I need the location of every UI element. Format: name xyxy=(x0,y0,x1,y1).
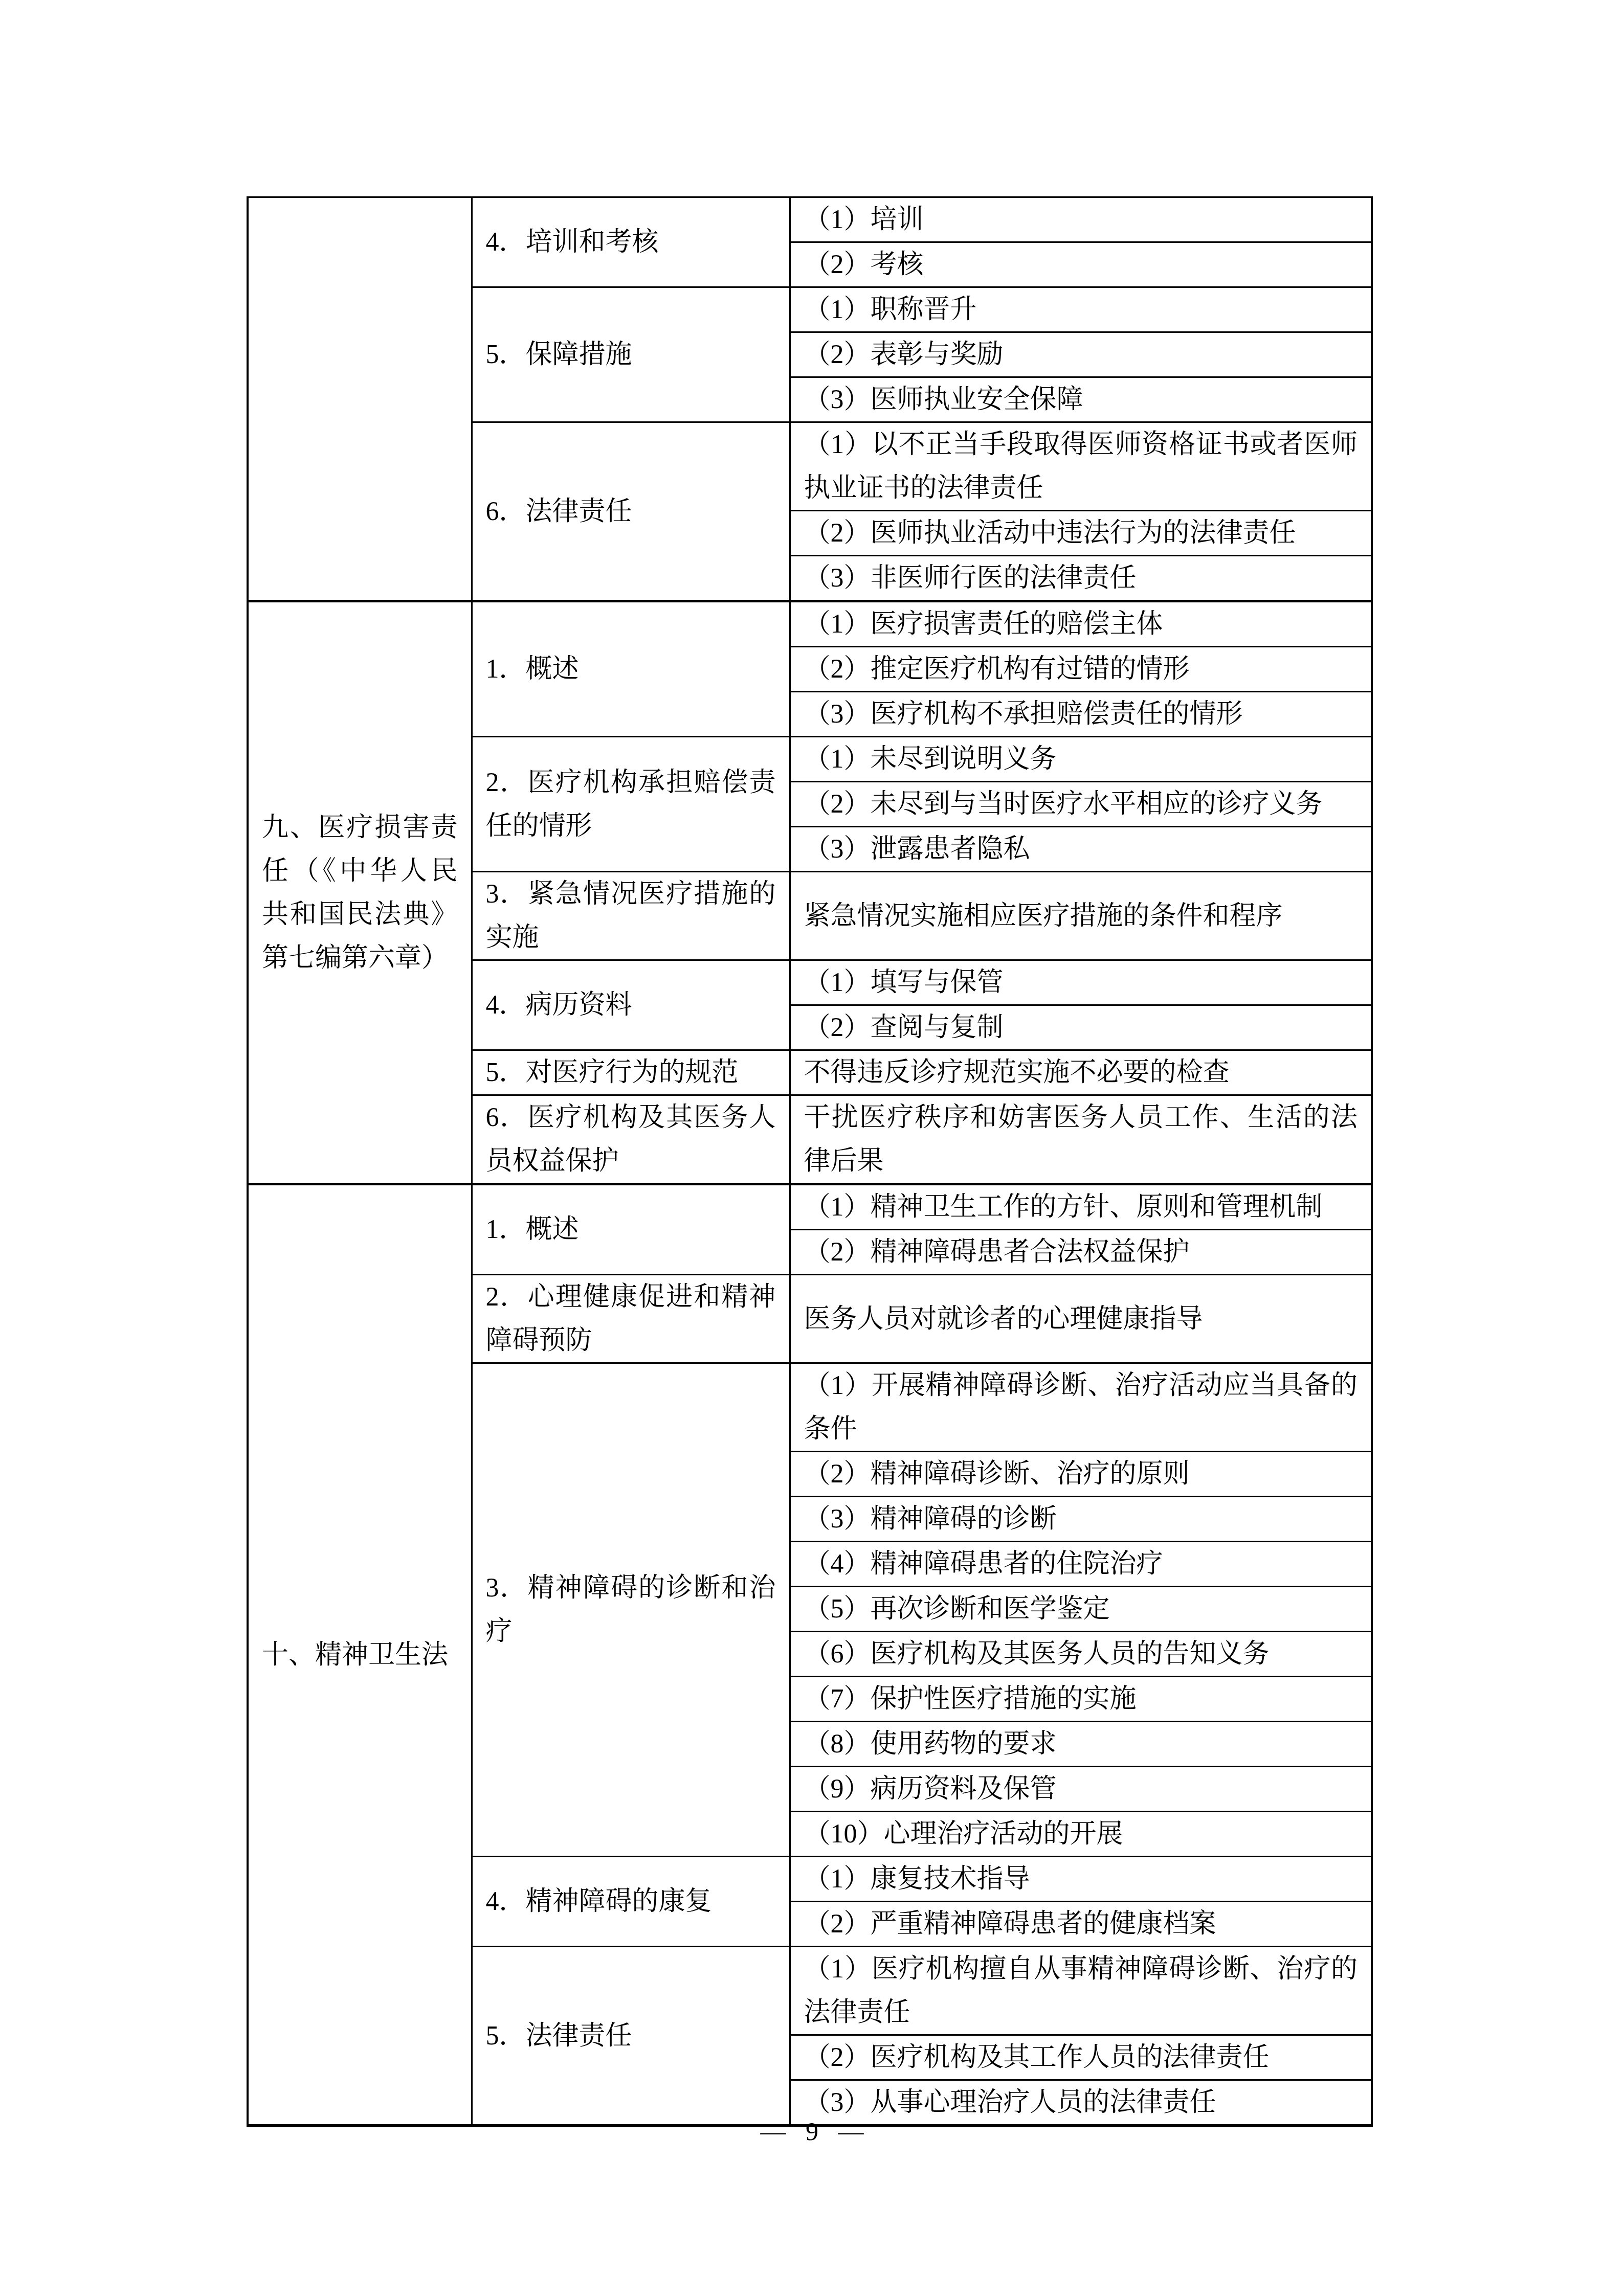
subitem-cell: （2）推定医疗机构有过错的情形 xyxy=(790,647,1372,692)
subitem-cell: （1）职称晋升 xyxy=(790,287,1372,332)
subitem-cell: （3）非医师行医的法律责任 xyxy=(790,556,1372,601)
subitem-cell: （3）医师执业安全保障 xyxy=(790,377,1372,422)
subitem-cell: （1）开展精神障碍诊断、治疗活动应当具备的条件 xyxy=(790,1363,1372,1452)
item-cell: 4．精神障碍的康复 xyxy=(472,1857,790,1947)
subitem-cell: （2）医师执业活动中违法行为的法律责任 xyxy=(790,511,1372,556)
item-cell: 5．保障措施 xyxy=(472,287,790,422)
subitem-cell: （2）未尽到与当时医疗水平相应的诊疗义务 xyxy=(790,782,1372,827)
subitem-cell: （1）填写与保管 xyxy=(790,960,1372,1005)
section-cell-9: 九、医疗损害责任（《中华人民共和国民法典》第七编第六章） xyxy=(248,601,472,1184)
subitem-cell: 干扰医疗秩序和妨害医务人员工作、生活的法律后果 xyxy=(790,1095,1372,1184)
section-cell-continued xyxy=(248,197,472,601)
subitem-cell: （7）保护性医疗措施的实施 xyxy=(790,1677,1372,1722)
subitem-cell: （4）精神障碍患者的住院治疗 xyxy=(790,1542,1372,1587)
subitem-cell: （1）医疗机构擅自从事精神障碍诊断、治疗的法律责任 xyxy=(790,1947,1372,2035)
subitem-cell: （8）使用药物的要求 xyxy=(790,1722,1372,1767)
item-cell: 2．医疗机构承担赔偿责任的情形 xyxy=(472,737,790,872)
subitem-cell: （2）精神障碍患者合法权益保护 xyxy=(790,1230,1372,1275)
item-cell: 1．概述 xyxy=(472,601,790,737)
subitem-cell: （5）再次诊断和医学鉴定 xyxy=(790,1587,1372,1632)
subitem-cell: （2）精神障碍诊断、治疗的原则 xyxy=(790,1452,1372,1497)
item-cell: 6．医疗机构及其医务人员权益保护 xyxy=(472,1095,790,1184)
subitem-cell: （3）泄露患者隐私 xyxy=(790,827,1372,872)
subitem-cell: （1）以不正当手段取得医师资格证书或者医师执业证书的法律责任 xyxy=(790,422,1372,511)
subitem-cell: （2）医疗机构及其工作人员的法律责任 xyxy=(790,2035,1372,2080)
item-cell: 3．紧急情况医疗措施的实施 xyxy=(472,872,790,960)
item-cell: 1．概述 xyxy=(472,1184,790,1275)
subitem-cell: （1）培训 xyxy=(790,197,1372,242)
subitem-cell: （1）精神卫生工作的方针、原则和管理机制 xyxy=(790,1184,1372,1230)
item-cell: 5．对医疗行为的规范 xyxy=(472,1050,790,1095)
subitem-cell: （2）表彰与奖励 xyxy=(790,332,1372,377)
subitem-cell: （1）康复技术指导 xyxy=(790,1857,1372,1902)
subitem-cell: （3）精神障碍的诊断 xyxy=(790,1497,1372,1542)
subitem-cell: （9）病历资料及保管 xyxy=(790,1767,1372,1812)
page-number: — 9 — xyxy=(0,2116,1624,2147)
syllabus-table: 4．培训和考核 （1）培训 （2）考核 5．保障措施 （1）职称晋升 （2）表彰… xyxy=(247,196,1373,2127)
subitem-cell: （1）未尽到说明义务 xyxy=(790,737,1372,782)
item-cell: 5．法律责任 xyxy=(472,1947,790,2126)
item-cell: 3．精神障碍的诊断和治疗 xyxy=(472,1363,790,1857)
subitem-cell: （6）医疗机构及其医务人员的告知义务 xyxy=(790,1632,1372,1677)
subitem-cell: （1）医疗损害责任的赔偿主体 xyxy=(790,601,1372,647)
table-row: 十、精神卫生法 1．概述 （1）精神卫生工作的方针、原则和管理机制 xyxy=(248,1184,1372,1230)
subitem-cell: （3）医疗机构不承担赔偿责任的情形 xyxy=(790,692,1372,737)
table-row: 4．培训和考核 （1）培训 xyxy=(248,197,1372,242)
subitem-cell: （2）考核 xyxy=(790,242,1372,287)
subitem-cell: （2）严重精神障碍患者的健康档案 xyxy=(790,1902,1372,1947)
item-cell: 4．病历资料 xyxy=(472,960,790,1050)
subitem-cell: 紧急情况实施相应医疗措施的条件和程序 xyxy=(790,872,1372,960)
subitem-cell: 不得违反诊疗规范实施不必要的检查 xyxy=(790,1050,1372,1095)
subitem-cell: （10）心理治疗活动的开展 xyxy=(790,1812,1372,1857)
subitem-cell: 医务人员对就诊者的心理健康指导 xyxy=(790,1275,1372,1363)
item-cell: 6．法律责任 xyxy=(472,422,790,601)
section-cell-10: 十、精神卫生法 xyxy=(248,1184,472,2126)
item-cell: 2．心理健康促进和精神障碍预防 xyxy=(472,1275,790,1363)
table-row: 九、医疗损害责任（《中华人民共和国民法典》第七编第六章） 1．概述 （1）医疗损… xyxy=(248,601,1372,647)
item-cell: 4．培训和考核 xyxy=(472,197,790,287)
subitem-cell: （2）查阅与复制 xyxy=(790,1005,1372,1050)
